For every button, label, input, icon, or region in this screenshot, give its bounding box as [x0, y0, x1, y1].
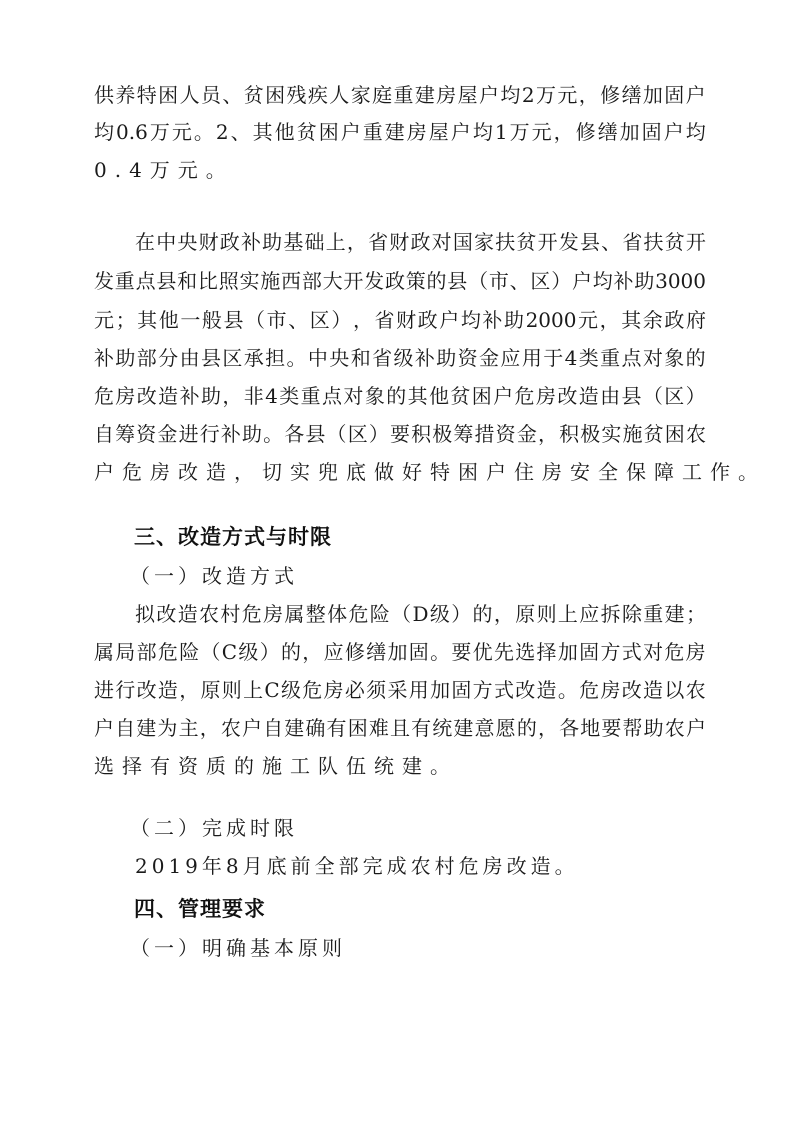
paragraph-2-line-1: 在中央财政补助基础上，省财政对国家扶贫开发县、省扶贫开 — [135, 227, 706, 257]
section-3-sub-1-line-3: 进行改造，原则上C级危房必须采用加固方式改造。危房改造以农 — [94, 675, 706, 705]
section-4-sub-1-heading: （一）明确基本原则 — [130, 933, 346, 963]
section-3-sub-1-line-4: 户自建为主，农户自建确有困难且有统建意愿的，各地要帮助农户 — [94, 713, 706, 743]
paragraph-1-line-3: 0.4万元。 — [94, 155, 706, 185]
paragraph-2-line-3: 元；其他一般县（市、区），省财政户均补助2000元，其余政府 — [94, 305, 706, 335]
section-4-heading: 四、管理要求 — [134, 894, 266, 924]
paragraph-2-line-7: 户危房改造，切实兜底做好特困户住房安全保障工作。 — [94, 457, 706, 487]
paragraph-2-line-5: 危房改造补助，非4类重点对象的其他贫困户危房改造由县（区） — [94, 381, 706, 411]
section-3-sub-1-line-2: 属局部危险（C级）的，应修缮加固。要优先选择加固方式对危房 — [94, 637, 706, 667]
section-3-sub-1-heading: （一）改造方式 — [130, 561, 298, 591]
paragraph-2-line-4: 补助部分由县区承担。中央和省级补助资金应用于4类重点对象的 — [94, 343, 706, 373]
paragraph-2-line-2: 发重点县和比照实施西部大开发政策的县（市、区）户均补助3000 — [94, 266, 706, 296]
section-3-heading: 三、改造方式与时限 — [134, 522, 332, 552]
paragraph-1-line-2: 均0.6万元。2、其他贫困户重建房屋户均1万元，修缮加固户均 — [94, 117, 706, 147]
paragraph-1-line-1: 供养特困人员、贫困残疾人家庭重建房屋户均2万元，修缮加固户 — [94, 80, 706, 110]
section-3-sub-2-heading: （二）完成时限 — [130, 813, 298, 843]
paragraph-2-line-6: 自筹资金进行补助。各县（区）要积极筹措资金，积极实施贫困农 — [94, 419, 706, 449]
document-page: 供养特困人员、贫困残疾人家庭重建房屋户均2万元，修缮加固户 均0.6万元。2、其… — [0, 0, 793, 1122]
section-3-sub-2-line-1: 2019年8月底前全部完成农村危房改造。 — [135, 851, 706, 881]
section-3-sub-1-line-5: 选择有资质的施工队伍统建。 — [94, 751, 706, 781]
section-3-sub-1-line-1: 拟改造农村危房属整体危险（D级）的，原则上应拆除重建； — [135, 599, 706, 629]
